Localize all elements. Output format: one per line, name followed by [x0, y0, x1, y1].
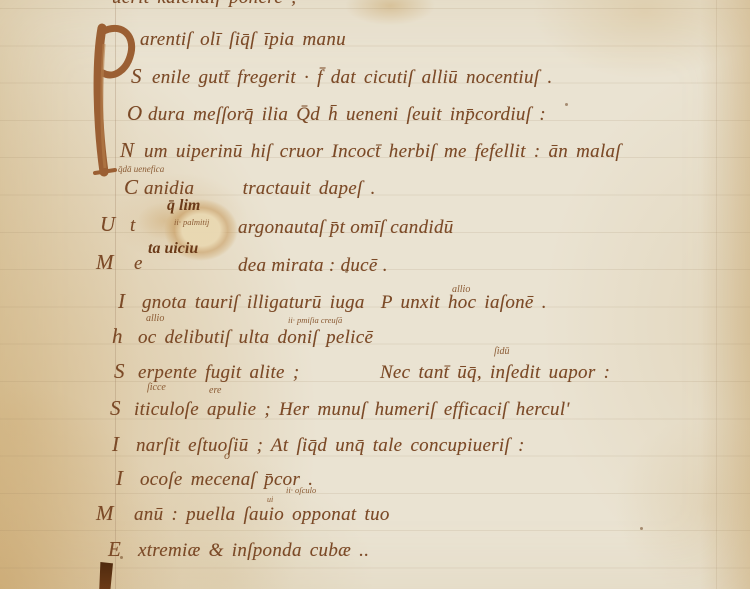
- verse-text: arentiſ olī ſiq̄ſ īpia manu: [140, 29, 346, 50]
- gloss-ui: ui: [267, 496, 273, 504]
- verse-initial: U: [100, 214, 130, 235]
- gloss-allio-1: allio: [452, 285, 470, 295]
- verse-initial: N: [120, 140, 144, 161]
- gloss-palmitij: ii· palmitij: [174, 218, 209, 227]
- verse-initial: S: [114, 361, 138, 382]
- verse-segment-medea: dea mirata : ducē .: [238, 256, 388, 275]
- right-margin-rule: [716, 0, 717, 589]
- verse-line: Manū : puella ſauio opponat tuo: [96, 503, 390, 524]
- verse-initial: S: [110, 398, 134, 419]
- verse-initial: M: [96, 252, 134, 273]
- verse-initial: I: [118, 291, 142, 312]
- verse-text: iticuloſe apulie ; Her munuſ humeriſ eff…: [134, 399, 570, 420]
- verse-line: Odura meſſorq̄ ilia Q̄d h̄ ueneni ſeuit …: [127, 103, 546, 124]
- gloss-q-lim: q̄ lim: [167, 198, 200, 214]
- gloss-sicce: ſicce: [147, 383, 166, 393]
- verse-text: enile gutt̄ fregerit · f̄ dat cicutiſ al…: [152, 67, 553, 88]
- verse-line: Extremiæ & inſponda cubæ ..: [108, 539, 369, 560]
- gloss-creusa: ii· pmiſia creuſā: [288, 316, 342, 325]
- verse-line: Iocoſe mecenaſ p̄cor .: [116, 468, 313, 489]
- verse-line: Siticuloſe apulie ; Her munuſ humeriſ ef…: [110, 398, 570, 419]
- cropped-initial-stroke: [99, 562, 113, 589]
- ink-speck: [345, 270, 348, 273]
- manuscript-page: uerit kalendiſ ponere ; arentiſ olī ſiq̄…: [0, 0, 750, 589]
- verse-line: hoc delibutiſ ulta doniſ pelicē: [112, 326, 373, 347]
- verse-line: Ut: [100, 214, 136, 235]
- verse-initial: h: [112, 326, 138, 347]
- verse-line: Senile gutt̄ fregerit · f̄ dat cicutiſ a…: [131, 66, 553, 87]
- ink-speck: [565, 103, 568, 106]
- gloss-venefica: q̄dā uenefica: [118, 165, 164, 174]
- gloss-ere: ere: [209, 386, 221, 396]
- verse-initial: S: [131, 66, 152, 87]
- gloss-ta-uiciu: ta uiciu: [148, 241, 198, 257]
- verse-line: Num uiperinū hiſ cruor Incoct̄ herbiſ me…: [120, 140, 621, 161]
- verse-line: Me: [96, 252, 143, 273]
- verse-line: Serpente fugit alite ; Nec tant̄ ūq̄, in…: [114, 361, 610, 382]
- verse-text: gnota tauriſ illigaturū iuga P unxit hoc…: [142, 292, 547, 313]
- verse-text: anū : puella ſauio opponat tuo: [134, 504, 390, 525]
- verse-line: uerit kalendiſ ponere ;: [112, 0, 298, 7]
- verse-initial: I: [116, 468, 140, 489]
- verse-text: anidia tractauit dapeſ .: [144, 178, 376, 199]
- verse-text: uerit kalendiſ ponere ;: [112, 0, 298, 8]
- verse-initial: O: [127, 103, 148, 124]
- verse-initial: I: [112, 434, 136, 455]
- verse-line: Ignota tauriſ illigaturū iuga P unxit ho…: [118, 291, 547, 312]
- verse-segment-argonauts: argonautaſ p̄t omīſ candidū: [238, 218, 454, 237]
- verse-initial: C: [124, 177, 144, 198]
- verse-text: dura meſſorq̄ ilia Q̄d h̄ ueneni ſeuit i…: [148, 104, 546, 125]
- ink-speck: [120, 556, 123, 559]
- verse-line: arentiſ olī ſiq̄ſ īpia manu: [140, 30, 346, 49]
- verse-text: e: [134, 253, 143, 274]
- verse-line: Inarſit eſtuoſiū ; At ſiq̄d unq̄ tale co…: [112, 434, 525, 455]
- verse-text: um uiperinū hiſ cruor Incoct̄ herbiſ me …: [144, 141, 621, 162]
- verse-text: erpente fugit alite ; Nec tant̄ ūq̄, inſ…: [138, 362, 610, 383]
- gloss-siderum: ſidū: [494, 347, 510, 357]
- ink-speck: [640, 527, 643, 530]
- gloss-osculo: ii· oſculo: [286, 486, 316, 495]
- verse-text: narſit eſtuoſiū ; At ſiq̄d unq̄ tale con…: [136, 435, 525, 456]
- verse-initial: M: [96, 503, 134, 524]
- verse-text: t: [130, 215, 136, 236]
- verse-initial: E: [108, 539, 138, 560]
- gloss-allio-2: allio: [146, 314, 164, 324]
- verse-line: Canidia tractauit dapeſ .: [124, 177, 376, 198]
- gloss-o: o: [224, 449, 230, 461]
- verse-text: oc delibutiſ ulta doniſ pelicē: [138, 327, 373, 348]
- verse-text: xtremiæ & inſponda cubæ ..: [138, 540, 369, 561]
